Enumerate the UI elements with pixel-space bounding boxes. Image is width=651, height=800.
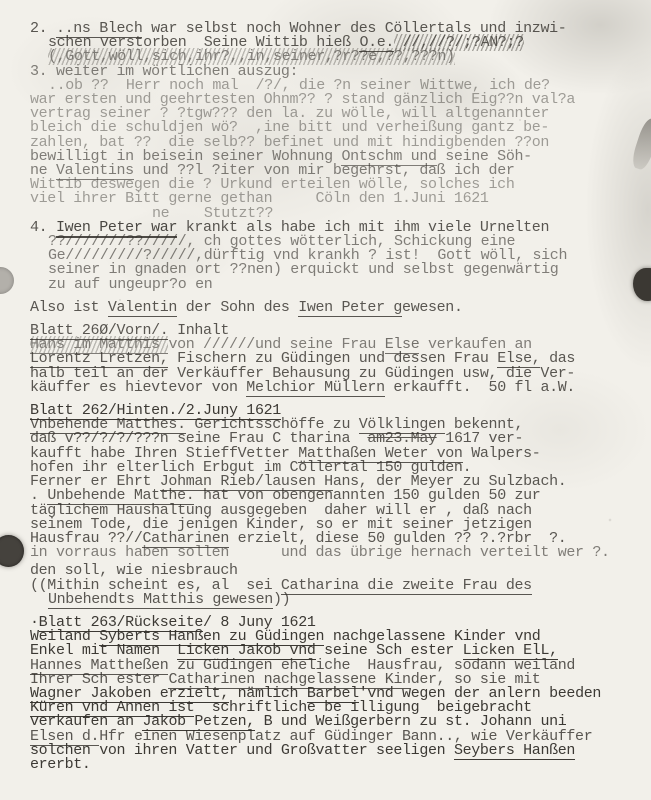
- text-line: ererbt.: [30, 758, 642, 772]
- text-segment: Walpers-: [463, 445, 541, 462]
- text-segment: Valentin: [108, 299, 177, 317]
- text-segment: Melchior Müllern: [246, 379, 384, 397]
- text-segment: der Sohn des: [177, 299, 298, 316]
- punch-hole-top-icon: [0, 267, 14, 294]
- text-segment: zu auf ungeupr?o en: [48, 276, 212, 293]
- text-line: Also ist Valentin der Sohn des Iwen Pete…: [30, 301, 642, 315]
- punch-hole-bottom-icon: [0, 535, 24, 567]
- text-segment: erkaufft. 50 fl a.W.: [385, 379, 575, 396]
- text-segment: ewesen.: [402, 299, 463, 316]
- scanned-document-page: 2. ..ns Blech war selbst noch Wohner des…: [0, 0, 651, 800]
- text-line: viel ihrer Bitt gerne gethan Cöln den 1.…: [30, 192, 642, 206]
- text-segment: Unbehendts Matthis gewesen: [48, 591, 273, 609]
- text-line: Unbehendts Matthis gewesen)): [30, 593, 642, 607]
- text-segment: Also ist: [30, 299, 108, 316]
- text-segment: Iwen Peter g: [298, 299, 402, 317]
- text-line: käuffer es hievtevor von Melchior Müller…: [30, 381, 642, 395]
- text-line: in vorraus haben sollen und das übrige h…: [30, 546, 642, 560]
- text-segment: käuffer es hievtevor von: [30, 379, 246, 396]
- text-line: solchen von ihren Vatter und Großvatter …: [30, 744, 642, 758]
- document-text: 2. ..ns Blech war selbst noch Wohner des…: [30, 22, 642, 772]
- text-segment: )): [273, 591, 290, 608]
- text-line: zu auf ungeupr?o en: [30, 278, 642, 292]
- text-segment: in vorraus haben sollen und das übrige h…: [30, 544, 610, 561]
- text-segment: solchen von ihren Vatter und Großvatter …: [30, 742, 454, 759]
- text-segment: ererbt.: [30, 756, 91, 773]
